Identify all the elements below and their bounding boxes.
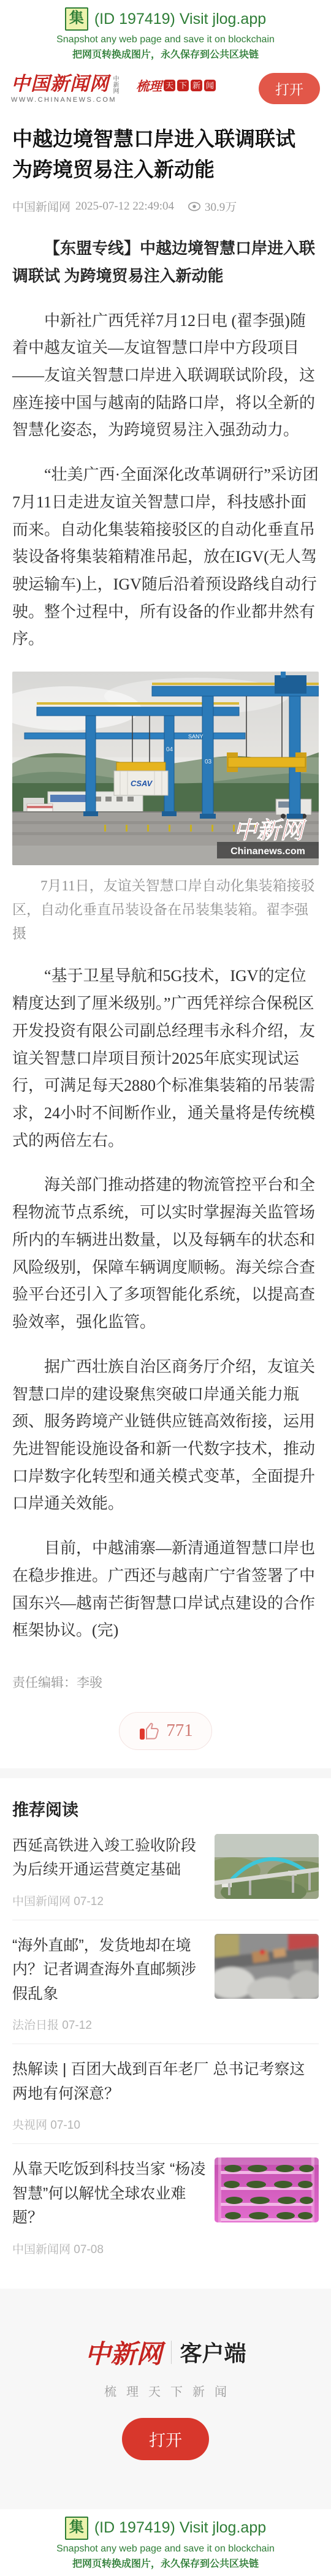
ji-badge-icon: 集	[65, 7, 88, 31]
photo-watermark-en: Chinanews.com	[230, 846, 305, 857]
article: 中越边境智慧口岸进入联调联试 为跨境贸易注入新动能 中国新闻网 2025-07-…	[0, 124, 331, 1750]
recommend-item-title[interactable]: 西延高铁进入竣工验收阶段 为后续开通运营奠定基础	[12, 1834, 206, 1882]
recommend-item-source: 中国新闻网	[12, 2243, 70, 2256]
open-app-button-header[interactable]: 打开	[259, 73, 320, 104]
view-count: 30.9万	[205, 198, 237, 214]
crane-number-left: 04	[166, 746, 173, 753]
recommend-item-source: 中国新闻网	[12, 1895, 70, 1908]
recommend-item-source: 央视网	[12, 2119, 47, 2132]
app-promo-footer: 中新网 客户端 梳理天下新闻 打开	[0, 2289, 331, 2509]
chinanews-logo-text: 中国新闻网	[11, 74, 109, 93]
like-count: 771	[166, 1721, 193, 1741]
byline-source: 中国新闻网	[12, 198, 70, 214]
chinanews-logo-url: WWW.CHINANEWS.COM	[11, 96, 130, 104]
recommend-item-3[interactable]: 热解读 | 百团大战到百年老厂 总书记考察这两地有何深意？ 央视网 07-10	[12, 2044, 319, 2144]
banner-subtitle-cn: 把网页转换成图片，永久保存到公共区块链	[0, 2556, 331, 2570]
recommend-thumbnail-bridge[interactable]	[215, 1834, 319, 1899]
byline-timestamp: 2025-07-12 22:49:04	[75, 200, 174, 213]
recommend-thumbnail-farm[interactable]	[215, 2157, 319, 2222]
open-app-button-footer[interactable]: 打开	[122, 2418, 209, 2460]
bridge-thumbnail-illustration	[215, 1834, 319, 1899]
farm-thumbnail-illustration	[215, 2157, 319, 2222]
photo-caption: 7月11日，友谊关智慧口岸自动化集装箱接驳区，自动化垂直吊装设备在吊装集装箱。翟…	[12, 874, 319, 945]
recommend-item-2[interactable]: “海外直邮”，发货地却在境内？记者调查海外直邮频涉假乱象 法治日报 07-12	[12, 1920, 319, 2045]
recommend-item-title[interactable]: “海外直邮”，发货地却在境内？记者调查海外直邮频涉假乱象	[12, 1934, 206, 2007]
like-button[interactable]: 771	[119, 1712, 212, 1750]
banner-subtitle-en: Snapshot any web page and save it on blo…	[0, 34, 331, 45]
page-title: 中越边境智慧口岸进入联调联试 为跨境贸易注入新动能	[12, 124, 319, 184]
footer-logo-text: 中新网	[85, 2334, 162, 2371]
crane-photo-illustration: SANY 03 04 CSAV 中新网 Chinanews.	[12, 672, 319, 865]
ji-badge-icon: 集	[65, 2517, 88, 2540]
chinanews-logo[interactable]: 中国新闻网 中新网 WWW.CHINANEWS.COM	[11, 74, 130, 104]
recommend-item-meta: 法治日报 07-12	[12, 2016, 206, 2032]
parcels-thumbnail-illustration	[215, 1934, 319, 1999]
article-paragraph: 海关部门推动搭建的物流管控平台和全程物流节点系统，可以实时掌握海关监管场所内的车…	[12, 1172, 319, 1336]
recommend-item-date: 07-12	[62, 2019, 92, 2032]
photo-watermark-cn: 中新网	[234, 818, 307, 844]
article-lead: 【东盟专线】中越边境智慧口岸进入联调联试 为跨境贸易注入新动能	[12, 235, 319, 290]
recommend-item-meta: 央视网 07-10	[12, 2116, 319, 2132]
crane-brand-label: SANY	[188, 733, 204, 740]
recommend-section: 推荐阅读 西延高铁进入竣工验收阶段 为后续开通运营奠定基础 中国新闻网 07-1…	[0, 1797, 331, 2268]
section-divider	[0, 1768, 331, 1778]
byline: 中国新闻网 2025-07-12 22:49:04 30.9万	[12, 198, 319, 214]
slogan-seal-1: 天	[164, 80, 175, 91]
recommend-item-source: 法治日报	[12, 2019, 59, 2032]
article-paragraph: “基于卫星导航和5G技术，IGV的定位精度达到了厘米级别。”广西凭祥综合保税区开…	[12, 963, 319, 1154]
footer-logo-divider	[171, 2341, 172, 2364]
banner-id-link[interactable]: (ID 197419) Visit jlog.app	[94, 10, 266, 28]
recommend-item-title[interactable]: 热解读 | 百团大战到百年老厂 总书记考察这两地有何深意？	[12, 2058, 319, 2106]
recommend-item-date: 07-10	[50, 2119, 80, 2132]
banner-id-link[interactable]: (ID 197419) Visit jlog.app	[94, 2519, 266, 2537]
article-photo-cranes[interactable]: SANY 03 04 CSAV 中新网 Chinanews.	[12, 672, 319, 865]
recommend-item-meta: 中国新闻网 07-08	[12, 2240, 206, 2257]
recommend-item-meta: 中国新闻网 07-12	[12, 1892, 206, 1909]
recommend-item-1[interactable]: 西延高铁进入竣工验收阶段 为后续开通运营奠定基础 中国新闻网 07-12	[12, 1820, 319, 1920]
footer-slogan: 梳理天下新闻	[10, 2382, 331, 2400]
recommend-item-date: 07-12	[74, 1895, 104, 1908]
article-paragraph: “壮美广西·全面深化改革调研行”采访团7月11日走进友谊关智慧口岸，科技感扑面而…	[12, 461, 319, 653]
crane-number-right: 03	[205, 759, 212, 765]
recommend-thumbnail-parcels[interactable]	[215, 1934, 319, 1999]
slogan-script-text: 梳理	[136, 77, 162, 95]
slogan-seal-4: 闻	[204, 80, 216, 91]
article-paragraph: 中新社广西凭祥7月12日电 (翟李强)随着中越友谊关—友谊智慧口岸中方段项目——…	[12, 308, 319, 445]
article-paragraph: 目前，中越浦寨—新清通道智慧口岸也在稳步推进。广西还与越南广宁省签署了中国东兴—…	[12, 1535, 319, 1645]
banner-subtitle-cn: 把网页转换成图片，永久保存到公共区块链	[0, 47, 331, 61]
recommend-header: 推荐阅读	[12, 1797, 319, 1820]
slogan-badge: 梳理 天 下 新 闻	[136, 77, 216, 95]
eye-icon	[188, 202, 201, 211]
slogan-seal-3: 新	[191, 80, 202, 91]
thumbs-up-icon	[138, 1721, 160, 1741]
view-counter: 30.9万	[188, 198, 237, 214]
snapshot-banner-top: 集 (ID 197419) Visit jlog.app Snapshot an…	[0, 0, 331, 67]
editor-credit: 责任编辑：李骏	[12, 1673, 319, 1691]
container-label: CSAV	[131, 779, 153, 788]
banner-subtitle-en: Snapshot any web page and save it on blo…	[0, 2544, 331, 2555]
recommend-item-title[interactable]: 从靠天吃饭到科技当家 “杨凌智慧”何以解忧全球农业难题？	[12, 2157, 206, 2230]
recommend-item-date: 07-08	[74, 2243, 104, 2256]
chinanews-logo-side-text: 中新网	[112, 75, 118, 94]
slogan-seal-2: 下	[177, 80, 189, 91]
article-paragraph: 据广西壮族自治区商务厅介绍，友谊关智慧口岸的建设聚焦突破口岸通关能力瓶颈、服务跨…	[12, 1354, 319, 1518]
recommend-item-4[interactable]: 从靠天吃饭到科技当家 “杨凌智慧”何以解忧全球农业难题？ 中国新闻网 07-08	[12, 2144, 319, 2268]
footer-app-label: 客户端	[180, 2336, 246, 2368]
snapshot-banner-bottom: 集 (ID 197419) Visit jlog.app Snapshot an…	[0, 2509, 331, 2576]
site-header: 中国新闻网 中新网 WWW.CHINANEWS.COM 梳理 天 下 新 闻 打…	[0, 67, 331, 108]
